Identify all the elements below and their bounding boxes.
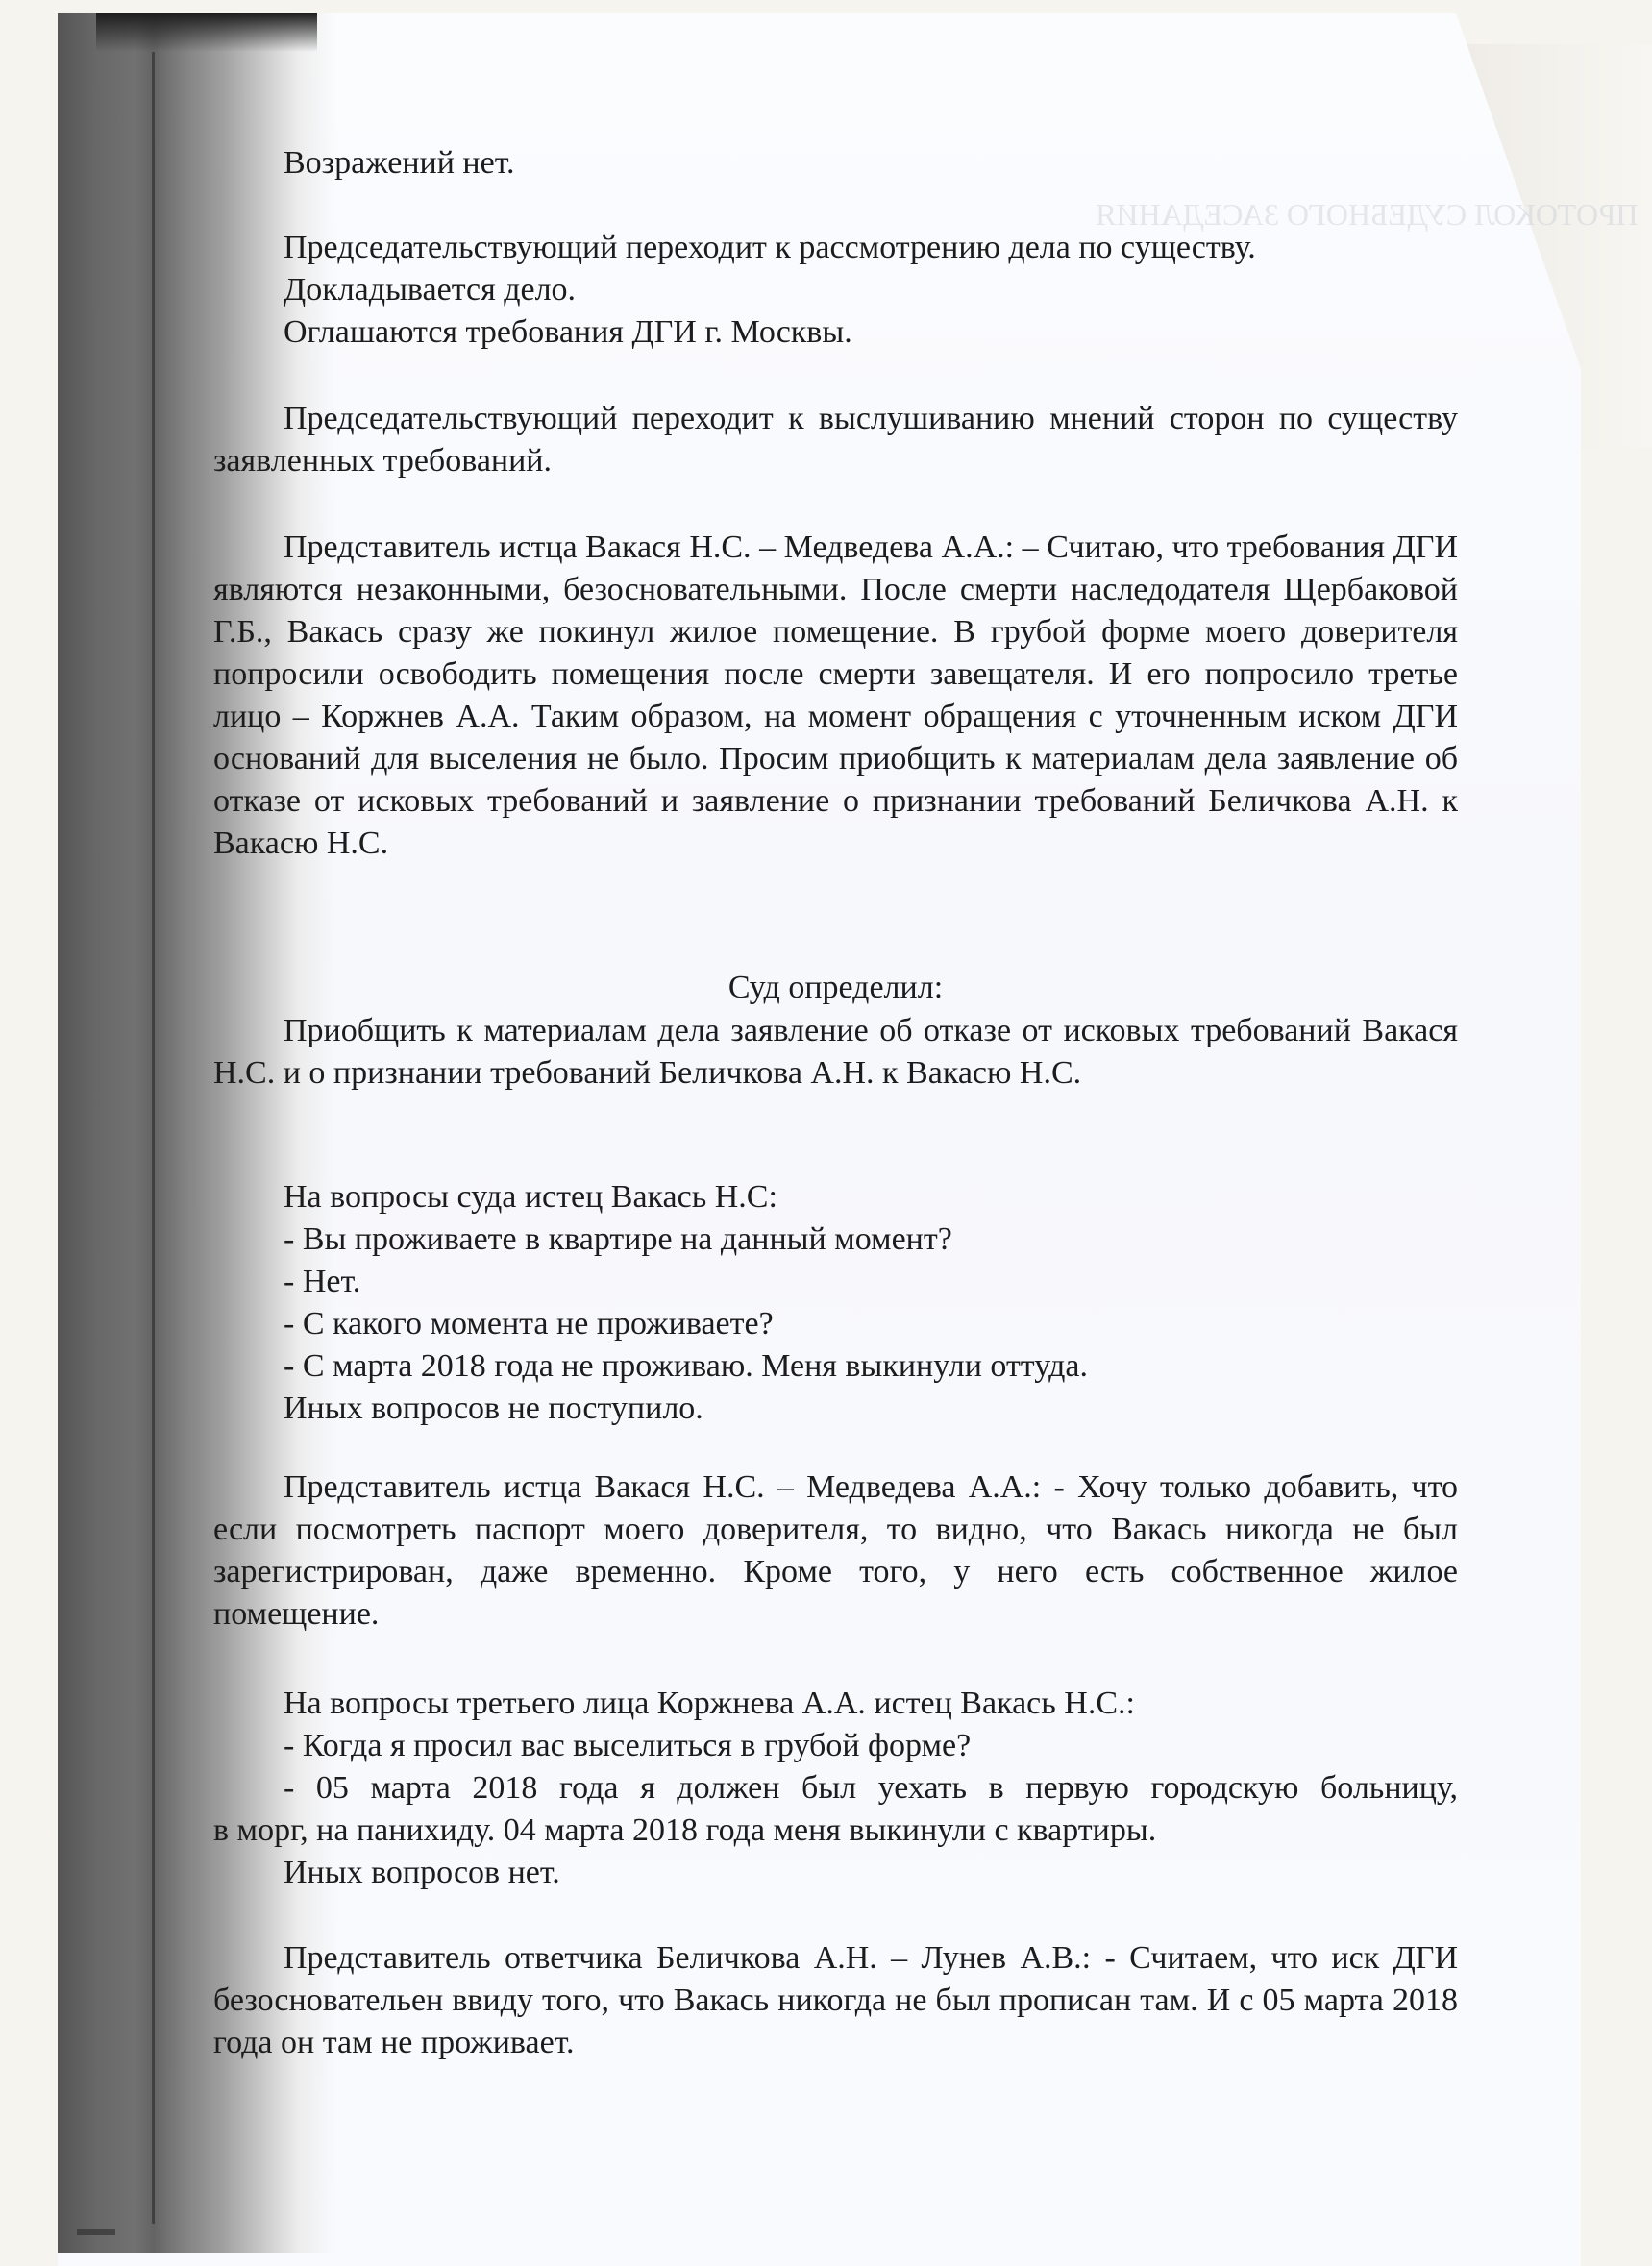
qa-line: - С марта 2018 года не проживаю. Меня вы… (284, 1345, 1458, 1388)
questions-intro: На вопросы третьего лица Коржнева А.А. и… (284, 1683, 1458, 1725)
text-line: Докладывается дело. (213, 269, 1458, 311)
qa-line: - 05 марта 2018 года я должен был уехать… (284, 1767, 1458, 1810)
paragraph-hearing-parties: Председательствующий переходит к выслуши… (213, 398, 1458, 482)
paragraph-defendant-rep-statement: Представитель ответчика Беличкова А.Н. –… (213, 1937, 1458, 2064)
questions-intro: На вопросы суда истец Вакась Н.С: (284, 1176, 1458, 1219)
text-line: Председательствующий переходит к рассмот… (213, 227, 1458, 269)
court-decision-heading: Суд определил: (213, 967, 1458, 1009)
qa-line: - Когда я просил вас выселиться в грубой… (284, 1725, 1458, 1767)
paragraph-plaintiff-rep-statement: Представитель истца Вакася Н.С. – Медвед… (213, 527, 1458, 865)
qa-line: Иных вопросов нет. (284, 1852, 1458, 1894)
third-party-questions-block: На вопросы третьего лица Коржнева А.А. и… (284, 1683, 1458, 1894)
scan-artifact (77, 2229, 115, 2235)
scanner-shadow-top (96, 13, 317, 52)
paragraph-court-decision: Приобщить к материалам дела заявление об… (213, 1010, 1458, 1095)
qa-line: - Нет. (284, 1261, 1458, 1303)
court-questions-block: На вопросы суда истец Вакась Н.С: - Вы п… (284, 1176, 1458, 1430)
paragraph-proceeding: Председательствующий переходит к рассмот… (213, 227, 1458, 354)
qa-line: в морг, на панихиду. 04 марта 2018 года … (213, 1810, 1458, 1852)
qa-line: Иных вопросов не поступило. (284, 1388, 1458, 1430)
paragraph-plaintiff-rep-addition: Представитель истца Вакася Н.С. – Медвед… (213, 1466, 1458, 1636)
text-line: Оглашаются требования ДГИ г. Москвы. (213, 311, 1458, 354)
qa-line: - С какого момента не проживаете? (284, 1303, 1458, 1345)
paragraph-no-objections: Возражений нет. (213, 142, 1458, 185)
qa-line: - Вы проживаете в квартире на данный мом… (284, 1219, 1458, 1261)
